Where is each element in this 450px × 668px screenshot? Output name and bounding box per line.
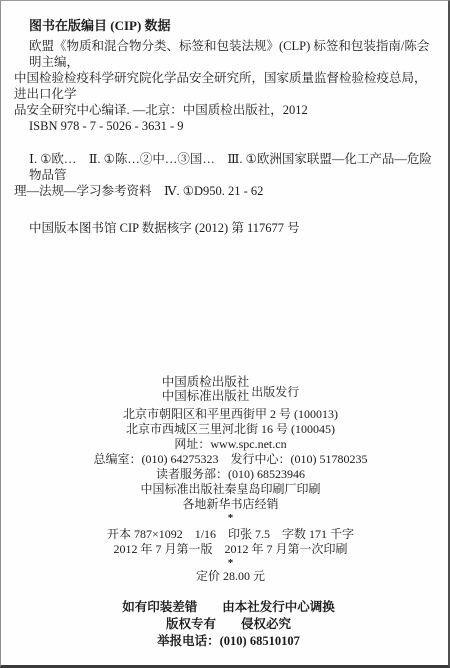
cip-paragraph-line: 中国检验检疫科学研究院化学品安全研究所，国家质量监督检验检疫总局，进出口化学 bbox=[14, 70, 438, 102]
reader-service-phone: 读者服务部：(010) 68523946 bbox=[13, 467, 448, 482]
exchange-notice: 如有印装差错 由本社发行中心调换 bbox=[9, 600, 448, 615]
star-divider: * bbox=[13, 513, 448, 523]
copyright-notice: 版权专有 侵权必究 bbox=[9, 617, 448, 632]
publisher-name: 中国质检出版社 bbox=[162, 375, 250, 389]
scanned-copyright-page: 图书在版编目 (CIP) 数据 欧盟《物质和混合物分类、标签和包装法规》(CLP… bbox=[0, 0, 450, 668]
publisher-phones: 总编室：(010) 64275323 发行中心：(010) 51780235 bbox=[13, 452, 448, 467]
cip-classification-line: Ⅰ. ①欧… Ⅱ. ①陈…②中…③国… Ⅲ. ①欧洲国家联盟—化工产品—危险物品… bbox=[14, 151, 438, 183]
edition-line: 2012 年 7 月第一版 2012 年 7 月第一次印刷 bbox=[13, 542, 448, 557]
isbn-line: ISBN 978 - 7 - 5026 - 3631 - 9 bbox=[14, 118, 438, 134]
publish-distribute-label: 出版发行 bbox=[251, 383, 299, 400]
publisher-website: 网址：www.spc.net.cn bbox=[13, 437, 448, 452]
price-line: 定价 28.00 元 bbox=[13, 569, 448, 584]
cip-heading: 图书在版编目 (CIP) 数据 bbox=[14, 17, 438, 34]
publisher-names: 中国质检出版社 中国标准出版社 bbox=[162, 375, 250, 403]
cip-paragraph-line: 欧盟《物质和混合物分类、标签和包装法规》(CLP) 标签和包装指南/陈会明主编， bbox=[14, 38, 438, 70]
notice-block: 如有印装差错 由本社发行中心调换 版权专有 侵权必究 举报电话：(010) 68… bbox=[1, 600, 448, 651]
cip-description-paragraph: 欧盟《物质和混合物分类、标签和包装法规》(CLP) 标签和包装指南/陈会明主编，… bbox=[14, 38, 438, 134]
cip-classification: Ⅰ. ①欧… Ⅱ. ①陈…②中…③国… Ⅲ. ①欧洲国家联盟—化工产品—危险物品… bbox=[14, 151, 438, 199]
cip-record-number: 中国版本图书馆 CIP 数据核字 (2012) 第 117677 号 bbox=[14, 220, 438, 236]
publisher-address: 北京市朝阳区和平里西街甲 2 号 (100013) bbox=[13, 407, 448, 422]
cip-data-block: 图书在版编目 (CIP) 数据 欧盟《物质和混合物分类、标签和包装法规》(CLP… bbox=[14, 17, 438, 236]
format-line: 开本 787×1092 1/16 印张 7.5 字数 171 千字 bbox=[13, 527, 448, 542]
report-phone: 举报电话：(010) 68510107 bbox=[9, 634, 448, 649]
printer-line: 中国标准出版社秦皇岛印刷厂印刷 bbox=[13, 482, 448, 497]
cip-paragraph-line: 品安全研究中心编译. —北京：中国质检出版社，2012 bbox=[14, 102, 438, 118]
distribution-line: 各地新华书店经销 bbox=[13, 497, 448, 512]
publisher-name: 中国标准出版社 bbox=[162, 389, 250, 403]
cip-classification-line: 理—法规—学习参考资料 Ⅳ. ①D950. 21 - 62 bbox=[14, 183, 438, 199]
publisher-pair: 中国质检出版社 中国标准出版社 出版发行 bbox=[13, 375, 448, 403]
publisher-address: 北京市西城区三里河北街 16 号 (100045) bbox=[13, 422, 448, 437]
star-divider: * bbox=[13, 558, 448, 568]
imprint-block: 中国质检出版社 中国标准出版社 出版发行 北京市朝阳区和平里西街甲 2 号 (1… bbox=[1, 375, 448, 584]
